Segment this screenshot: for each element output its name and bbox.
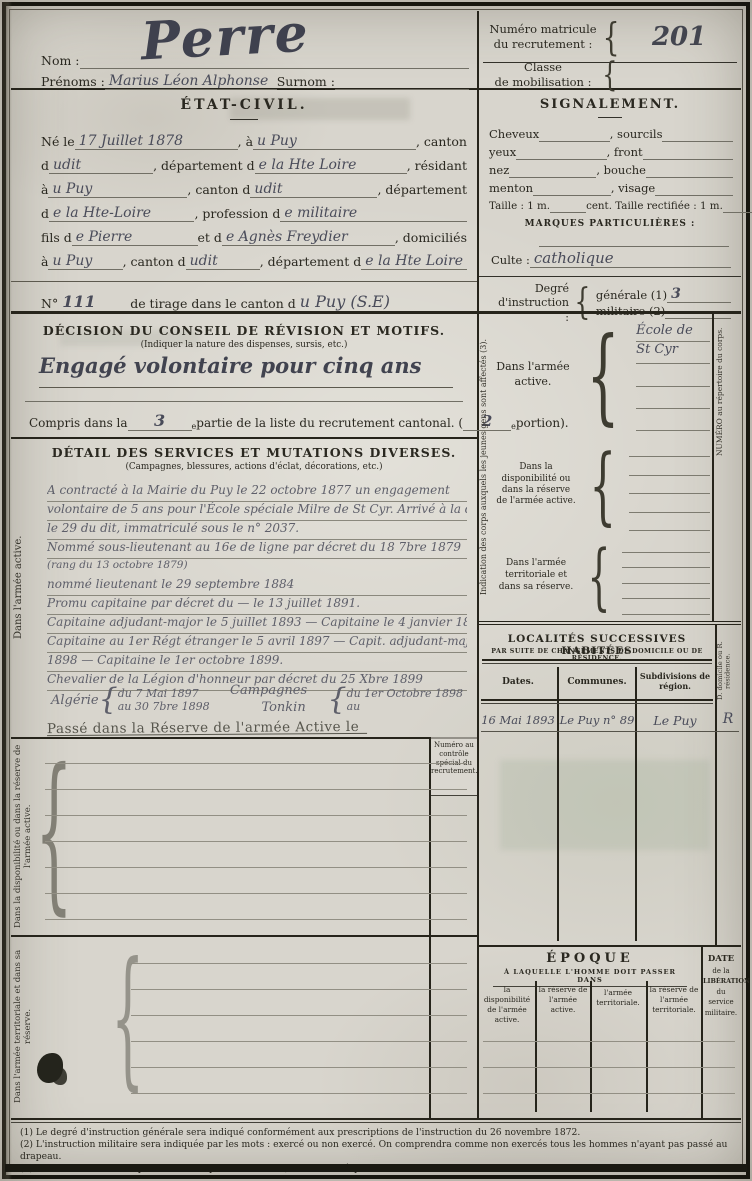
matricule-value-handwritten: 201 [623,22,735,52]
yeux-line: yeux , front [489,142,733,160]
nez-label: nez [489,163,509,178]
service-entry: (rang du 13 octobre 1879) [47,559,467,577]
footnotes-top-rule-thin [11,1122,741,1123]
blank-line [636,342,710,364]
tonkin-label-handwritten: Tonkin [231,700,305,715]
localites-row-commune: Le Puy n° 89 [559,713,635,727]
partie-value-handwritten: 3 [154,411,165,430]
header-rule [482,659,712,661]
scanned-military-register-form: Perre Nom : Prénoms : Marius Léon Alphon… [0,0,752,1181]
a-label: à [41,254,48,270]
campagnes-tonkin: Campagnes Tonkin [210,683,328,717]
service-entry: le 29 du dit, immatriculé sous le n° 203… [47,521,467,540]
residence-canton-handwritten: udit [254,181,282,197]
residence-dept-handwritten: e la Hte-Loire [53,205,151,221]
epoque-title: ÉPOQUE [479,951,701,966]
margin-brace: { [111,943,144,1093]
controle-box-label: Numéro au contrôle spécial du recrutemen… [431,737,477,776]
rule-line [45,841,467,842]
parents-canton-handwritten: udit [190,253,218,269]
services-subtitle: (Campagnes, blessures, actions d'éclat, … [41,462,467,472]
title-dash [598,117,622,118]
father-name-handwritten: e Pierre [76,229,133,245]
matricule-brace: { [603,18,620,56]
taille-label: Taille : 1 m. [489,200,550,213]
tonkin-brace: { [327,685,346,715]
mother-name-handwritten: e Agnès Freydier [226,229,348,245]
culte-divider [479,276,741,277]
localites-row-date: 16 Mai 1893 [479,713,557,727]
tirage-divider [11,281,477,282]
algerie-label-handwritten: Algérie [51,693,99,708]
blank-line [629,439,710,457]
services-entries: A contracté à la Mairie du Puy le 22 oct… [47,483,467,691]
marques-blank [539,246,729,247]
corps-side-label: Indication des corps auxquels les jeunes… [479,315,494,619]
localites-section: D. domicile ou R. résidence. LOCALITÉS S… [479,625,741,947]
sourcils-label: , sourcils [610,127,663,142]
et-de-label: et d [198,230,222,246]
ec-line-1: Né le 17 Juillet 1878 , à u Puy , canton [41,126,467,150]
rule-line [131,989,467,990]
residence-place-handwritten: u Puy [52,181,92,197]
margin-territoriale-label: Dans l'armée territoriale et dans sa rés… [13,935,35,1118]
col-dates-header: Dates. [479,677,557,687]
disponibilite-section: Dans la disponibilité ou dans la réserve… [11,737,477,937]
compris-line: Compris dans la 3 e partie de la liste d… [29,409,459,431]
menton-label: menton [489,181,533,196]
ne-le-label: Né le [41,134,75,150]
numero-repertoire-label: NUMÉRO au répertoire du corps. [715,317,737,467]
decision-subtitle: (Indiquer la nature des dispenses, sursi… [11,340,477,350]
d-label: d [41,158,49,174]
service-entry: Nommé sous-lieutenant au 16e de ligne pa… [47,540,467,559]
epoque-col-header: la réserve de l'armée active. [537,985,589,1015]
corps-affectation-section: Indication des corps auxquels les jeunes… [479,313,741,625]
degre-generale-value-handwritten: 3 [671,286,681,302]
decision-blank-rule [25,401,463,402]
rule-line [45,919,467,920]
taille-rectifiee-label: cent. Taille rectifiée : 1 m. [586,200,723,213]
col-subdiv-header: Subdivisions de région. [637,671,713,692]
numero-column-line [712,313,714,621]
blank-line [622,584,710,600]
header-bottom-rule-thin [481,703,713,704]
a-label: à [41,182,48,198]
localites-row-dr: R [717,711,739,727]
header-rule-thin [482,663,712,664]
profession-handwritten: e militaire [284,205,357,221]
tirage-line: N° 111 de tirage dans le canton d u Puy … [41,286,465,312]
birth-date-handwritten: 17 Juillet 1878 [79,133,183,149]
service-entry: 1898 — Capitaine le 1er octobre 1899. [47,653,467,672]
rule-line [131,963,467,964]
epoque-col-header: la réserve de l'armée territoriale. [648,985,700,1015]
tirage-number-handwritten: 111 [62,292,95,311]
rule-line [131,1067,467,1068]
services-section: Dans l'armée active. DÉTAIL DES SERVICES… [11,437,477,739]
rule-line [131,1093,467,1094]
group-label: Dans la disponibilité ou dans la réserve… [496,462,576,508]
service-entry: Capitaine au 1er Régt étranger le 5 avri… [47,634,467,653]
matricule-row: Numéro matriculedu recrutement : { 201 [487,15,735,59]
departement-label: , département [377,182,467,198]
footnotes-top-rule [11,1118,741,1120]
blank-line [622,553,710,569]
col-communes-header: Communes. [559,677,635,687]
domicilies-label: , domiciliés [395,230,467,246]
classe-row: Classede mobilisation : { [487,64,735,86]
rule-line [483,1067,735,1068]
blank-line [629,476,710,494]
prenoms-value-handwritten: Marius Léon Alphonse [109,73,268,89]
cheveux-label: Cheveux [489,127,539,142]
visage-label: , visage [611,181,655,196]
row-rule [481,731,739,732]
decision-title: DÉCISION DU CONSEIL DE RÉVISION ET MOTIF… [11,323,477,338]
rule-line [131,1015,467,1016]
canton-label: , canton [416,134,467,150]
ec-line-6: à u Puy , canton d udit , département d … [41,246,467,270]
group-label: Dans l'armée territoriale et dans sa rés… [496,558,576,593]
services-title: DÉTAIL DES SERVICES ET MUTATIONS DIVERSE… [41,445,467,460]
tirage-canton-handwritten: u Puy (S.E) [300,292,390,311]
yeux-label: yeux [489,145,516,160]
parents-place-handwritten: u Puy [52,253,92,269]
service-entry: A contracté à la Mairie du Puy le 22 oct… [47,483,467,502]
canton-d-label: , canton d [187,182,250,198]
epoque-col-header: l'armée territoriale. [592,988,644,1008]
decision-section: DÉCISION DU CONSEIL DE RÉVISION ET MOTIF… [11,313,477,439]
campagnes-label-handwritten: Campagnes [230,683,307,698]
classe-label: Classede mobilisation : [487,60,599,90]
fils-de-label: fils d [41,230,72,246]
numero-tirage-label: N° [41,296,58,312]
controle-box: Numéro au contrôle spécial du recrutemen… [431,737,477,796]
col-separator [635,667,637,941]
service-entry: nommé lieutenant le 29 septembre 1884 [47,577,467,596]
etat-civil-section: ÉTAT-CIVIL. Né le 17 Juillet 1878 , à u … [11,88,477,311]
birth-place-handwritten: u Puy [257,133,297,149]
generale-label: générale (1) [596,288,667,303]
corps-group-disponibilite: Dans la disponibilité ou dans la réserve… [496,439,710,531]
a-label: , à [238,134,253,150]
culte-line: Culte : catholique [491,248,731,268]
header-bottom-rule [481,699,713,701]
taille-line: Taille : 1 m. cent. Taille rectifiée : 1… [489,196,733,213]
service-entry: Capitaine adjudant-major le 5 juillet 18… [47,615,467,634]
degre-generale-line: générale (1) 3 [596,287,731,303]
rule-line [483,1093,735,1094]
blank-line [622,568,710,584]
residant-label: , résidant [407,158,467,174]
matricule-section: Numéro matriculedu recrutement : { 201 C… [479,11,741,90]
ec-line-2: d udit , département d e la Hte Loire , … [41,150,467,174]
birth-canton-handwritten: udit [53,157,81,173]
col-separator [557,667,559,941]
rule-line [45,763,467,764]
algerie-brace: { [99,685,118,715]
blank-line [629,494,710,512]
dr-column-label: D. domicile ou R. résidence. [717,628,739,714]
front-label: , front [607,145,643,160]
profession-label: , profession d [194,206,280,222]
bottom-band [5,1164,747,1172]
rule-line [483,1041,735,1042]
ec-line-4: d e la Hte-Loire , profession d e milita… [41,198,467,222]
localites-row-subdiv: Le Puy [637,713,713,728]
cheveux-line: Cheveux , sourcils [489,124,733,142]
corps-group-territoriale: Dans l'armée territoriale et dans sa rés… [496,537,710,615]
birth-dept-handwritten: e la Hte Loire [259,157,357,173]
name-section: Perre Nom : Prénoms : Marius Léon Alphon… [11,11,477,90]
rule-line [45,867,467,868]
blank-line [622,599,710,615]
title-dash [230,119,258,120]
blank-line [629,513,710,531]
nom-blank [80,68,469,69]
parents-dept-handwritten: e la Hte Loire [365,253,463,269]
service-entry: Promu capitaine par décret du — le 13 ju… [47,596,467,615]
canton-d-label: , canton d [123,254,186,270]
rule-line [45,893,467,894]
signalement-section: SIGNALEMENT. Cheveux , sourcils yeux , f… [479,88,741,311]
nez-line: nez , bouche [489,160,733,178]
group-brace: { [587,540,610,612]
tonkin-dates: du 1er Octobre 1898au [347,687,463,713]
rule-line [45,789,467,790]
blank-line [636,364,710,386]
culte-value-handwritten: catholique [534,249,614,267]
rule-line [131,1041,467,1042]
reserve-stamp: Passé dans la Réserve de l'armée Active … [47,716,367,736]
departement-d-label: , département d [260,254,362,270]
margin-disponibilite-label: Dans la disponibilité ou dans la réserve… [13,737,35,935]
nom-label: Nom : [41,53,80,69]
group-label: Dans l'armée active. [496,360,570,390]
classe-brace: { [602,58,617,92]
blank-line [629,457,710,475]
etat-civil-title: ÉTAT-CIVIL. [11,97,477,113]
group-brace: { [589,443,616,527]
service-entry: volontaire de 5 ans pour l'École spécial… [47,502,467,521]
decision-value-handwritten: Engagé volontaire pour cinq ans [39,353,421,378]
epoque-col-header: la disponibilité de l'armée active. [480,985,534,1025]
territoriale-section: Dans l'armée territoriale et dans sa rés… [11,935,477,1118]
algerie-dates: du 7 Mai 1897au 30 7bre 1898 [118,687,210,713]
corps-group-armee-active: Dans l'armée active. { École de St Cyr [496,319,710,431]
epoque-section: ÉPOQUE À LAQUELLE L'HOMME DOIT PASSER DA… [479,945,741,1118]
signalement-title: SIGNALEMENT. [479,97,741,112]
margin-brace: { [35,747,73,917]
group-brace: { [587,323,620,427]
footnote: (1) Le degré d'instruction générale sera… [20,1127,738,1139]
ink-blot [51,1067,67,1085]
compris-pre-label: Compris dans la [29,416,128,431]
tirage-mid-label: de tirage dans le canton d [130,296,296,312]
date-liberation-header: DATE de la LIBÉRATION du service militai… [703,953,739,1018]
departement-label: , département d [153,158,255,174]
rule-line [45,815,467,816]
bouche-label: , bouche [596,163,646,178]
compris-mid-label: partie de la liste du recrutement canton… [196,416,463,431]
matricule-label: Numéro matriculedu recrutement : [487,22,599,52]
culte-label: Culte : [491,253,530,268]
blank-line [636,409,710,431]
d-label: d [41,206,49,222]
menton-line: menton , visage [489,178,733,196]
blank-line [622,537,710,553]
ec-line-3: à u Puy , canton d udit , département [41,174,467,198]
footnote: (2) L'instruction militaire sera indiqué… [20,1139,738,1163]
blank-line [636,387,710,409]
margin-armee-active-label: Dans l'armée active. [13,437,33,737]
campagnes-cluster: Algérie { du 7 Mai 1897au 30 7bre 1898 C… [51,684,463,716]
nom-line: Nom : [41,53,469,69]
ec-line-5: fils d e Pierre et d e Agnès Freydier , … [41,222,467,246]
marques-label: MARQUES PARTICULIÈRES : [479,219,741,229]
